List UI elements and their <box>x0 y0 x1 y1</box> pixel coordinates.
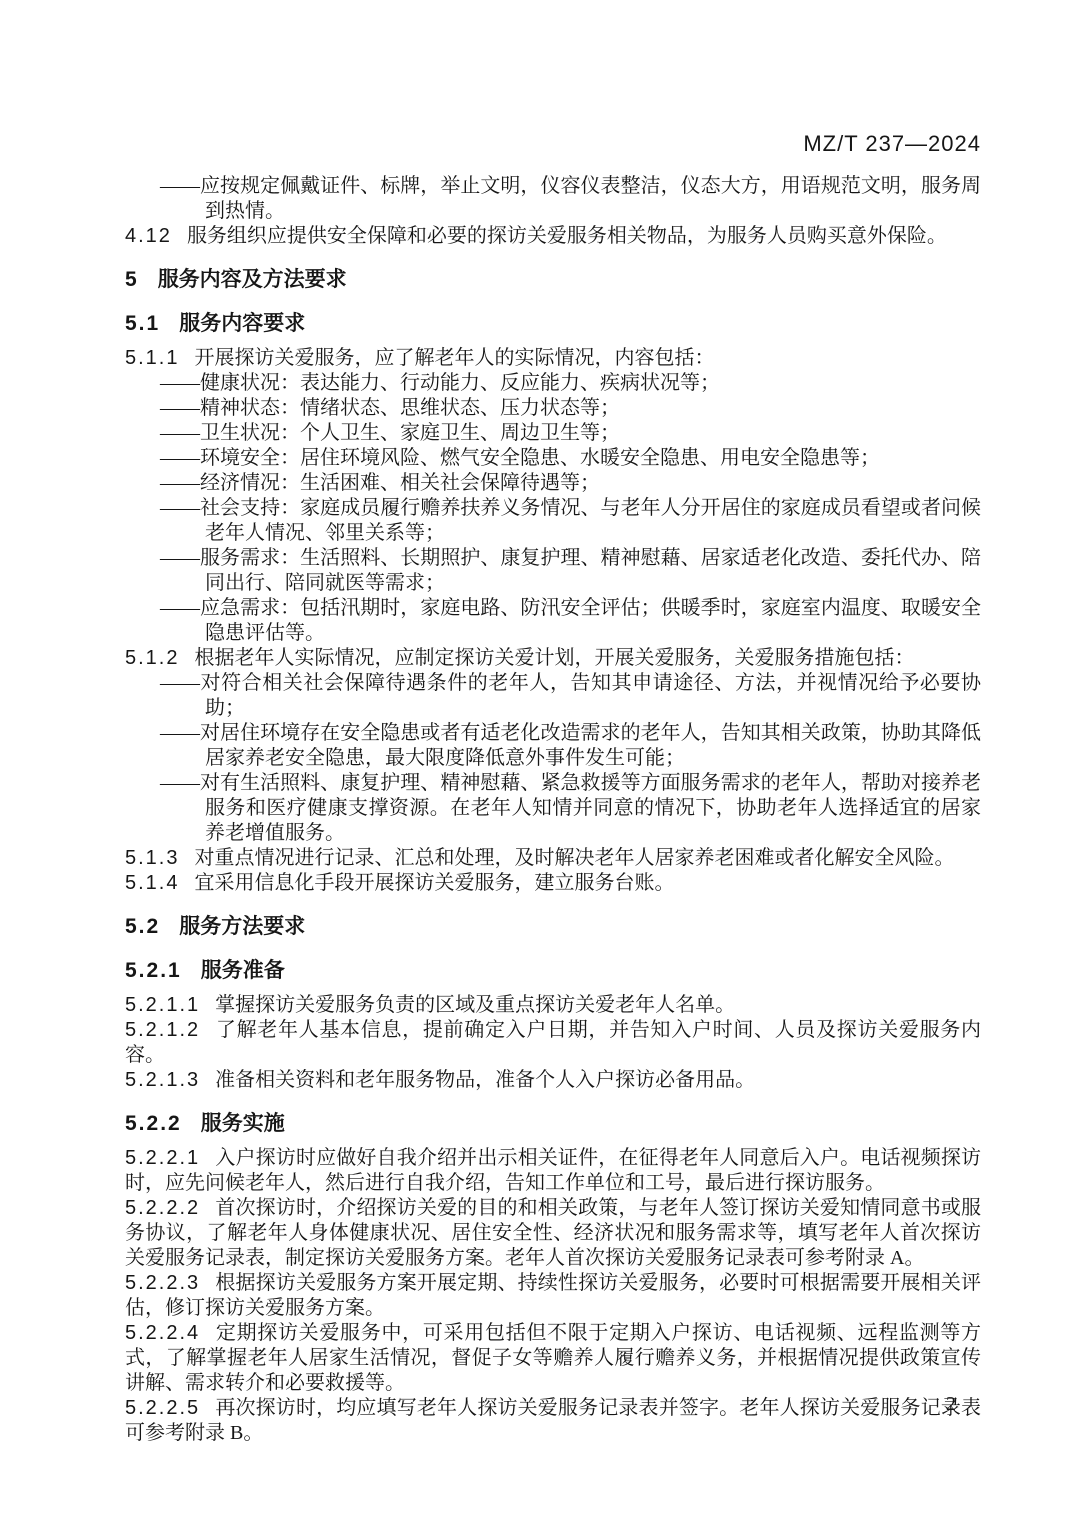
clause-text: 根据老年人实际情况，应制定探访关爱计划，开展关爱服务，关爱服务措施包括： <box>194 647 914 669</box>
section-title: 服务方法要求 <box>179 915 305 938</box>
clause-text: 掌握探访关爱服务负责的区域及重点探访关爱老年人名单。 <box>215 994 735 1016</box>
dash-item-care-resources: ——对有生活照料、康复护理、精神慰藉、紧急救援等方面服务需求的老年人，帮助对接养… <box>125 771 981 846</box>
clause-text: 了解老年人基本信息，提前确定入户日期，并告知入户时间、人员及探访关爱服务内容。 <box>125 1019 981 1066</box>
clause-text: 定期探访关爱服务中，可采用包括但不限于定期入户探访、电话视频、远程监测等方式，了… <box>125 1322 981 1394</box>
section-number: 5.2.1 <box>125 959 182 982</box>
clause-number: 5.2.1.3 <box>125 1069 200 1091</box>
section-heading-5-2-1: 5.2.1服务准备 <box>125 958 981 984</box>
section-title: 服务内容要求 <box>179 312 305 335</box>
section-number: 5 <box>125 268 139 291</box>
clause-text: 服务组织应提供安全保障和必要的探访关爱服务相关物品，为服务人员购买意外保险。 <box>187 225 947 247</box>
dash-item-hygiene: ——卫生状况：个人卫生、家庭卫生、周边卫生等； <box>125 421 981 446</box>
dash-item-social-support: ——社会支持：家庭成员履行赡养扶养义务情况、与老年人分开居住的家庭成员看望或者问… <box>125 496 981 546</box>
clause-text: 开展探访关爱服务，应了解老年人的实际情况，内容包括： <box>194 347 714 369</box>
clause-5-2-2-3: 5.2.2.3根据探访关爱服务方案开展定期、持续性探访关爱服务，必要时可根据需要… <box>125 1271 981 1321</box>
section-heading-5-2: 5.2服务方法要求 <box>125 914 981 940</box>
clause-text: 再次探访时，均应填写老年人探访关爱服务记录表并签字。老年人探访关爱服务记录表可参… <box>125 1397 981 1444</box>
dash-item-service-needs: ——服务需求：生活照料、长期照护、康复护理、精神慰藉、居家适老化改造、委托代办、… <box>125 546 981 596</box>
clause-number: 5.2.2.5 <box>125 1397 200 1419</box>
section-number: 5.2 <box>125 915 160 938</box>
section-number: 5.1 <box>125 312 160 335</box>
clause-number: 5.2.2.3 <box>125 1272 200 1294</box>
dash-item-safety-hazard: ——对居住环境存在安全隐患或者有适老化改造需求的老年人，告知其相关政策，协助其降… <box>125 721 981 771</box>
dash-item-text: ——对有生活照料、康复护理、精神慰藉、紧急救援等方面服务需求的老年人，帮助对接养… <box>160 772 981 844</box>
dash-item-text: ——社会支持：家庭成员履行赡养扶养义务情况、与老年人分开居住的家庭成员看望或者问… <box>160 497 981 544</box>
dash-item-emergency-needs: ——应急需求：包括汛期时，家庭电路、防汛安全评估；供暖季时，家庭室内温度、取暖安… <box>125 596 981 646</box>
clause-text: 准备相关资料和老年服务物品，准备个人入户探访必备用品。 <box>215 1069 755 1091</box>
section-title: 服务内容及方法要求 <box>158 268 347 291</box>
dash-item-text: ——对符合相关社会保障待遇条件的老年人，告知其申请途径、方法，并视情况给予必要协… <box>160 672 981 719</box>
dash-item-health: ——健康状况：表达能力、行动能力、反应能力、疾病状况等； <box>125 371 981 396</box>
dash-item-text: ——环境安全：居住环境风险、燃气安全隐患、水暖安全隐患、用电安全隐患等； <box>160 447 880 469</box>
clause-5-2-2-1: 5.2.2.1入户探访时应做好自我介绍并出示相关证件，在征得老年人同意后入户。电… <box>125 1146 981 1196</box>
dash-item-environment: ——环境安全：居住环境风险、燃气安全隐患、水暖安全隐患、用电安全隐患等； <box>125 446 981 471</box>
clause-number: 5.2.2.4 <box>125 1322 200 1344</box>
clause-number: 4.12 <box>125 225 172 247</box>
clause-text: 对重点情况进行记录、汇总和处理，及时解决老年人居家养老困难或者化解安全风险。 <box>194 847 954 869</box>
dash-item-text: ——应急需求：包括汛期时，家庭电路、防汛安全评估；供暖季时，家庭室内温度、取暖安… <box>160 597 981 644</box>
clause-text: 宜采用信息化手段开展探访关爱服务，建立服务台账。 <box>194 872 674 894</box>
clause-text: 入户探访时应做好自我介绍并出示相关证件，在征得老年人同意后入户。电话视频探访时，… <box>125 1147 981 1194</box>
dash-item-text: ——经济情况：生活困难、相关社会保障待遇等； <box>160 472 600 494</box>
clause-number: 5.1.2 <box>125 647 179 669</box>
clause-5-2-2-2: 5.2.2.2首次探访时，介绍探访关爱的目的和相关政策，与老年人签订探访关爱知情… <box>125 1196 981 1271</box>
clause-5-1-4: 5.1.4宜采用信息化手段开展探访关爱服务，建立服务台账。 <box>125 871 981 896</box>
clause-4-12: 4.12服务组织应提供安全保障和必要的探访关爱服务相关物品，为服务人员购买意外保… <box>125 224 981 249</box>
clause-5-1-3: 5.1.3对重点情况进行记录、汇总和处理，及时解决老年人居家养老困难或者化解安全… <box>125 846 981 871</box>
clause-5-1-2: 5.1.2根据老年人实际情况，应制定探访关爱计划，开展关爱服务，关爱服务措施包括… <box>125 646 981 671</box>
dash-item-mental: ——精神状态：情绪状态、思维状态、压力状态等； <box>125 396 981 421</box>
dash-item-text: ——对居住环境存在安全隐患或者有适老化改造需求的老年人，告知其相关政策，协助其降… <box>160 722 981 769</box>
clause-number: 5.1.1 <box>125 347 179 369</box>
dash-item-economic: ——经济情况：生活困难、相关社会保障待遇等； <box>125 471 981 496</box>
dash-item-text: ——服务需求：生活照料、长期照护、康复护理、精神慰藉、居家适老化改造、委托代办、… <box>160 547 981 594</box>
clause-5-2-2-5: 5.2.2.5再次探访时，均应填写老年人探访关爱服务记录表并签字。老年人探访关爱… <box>125 1396 981 1446</box>
clause-number: 5.2.1.2 <box>125 1019 200 1041</box>
section-title: 服务准备 <box>201 959 285 982</box>
clause-5-2-1-2: 5.2.1.2了解老年人基本信息，提前确定入户日期，并告知入户时间、人员及探访关… <box>125 1018 981 1068</box>
dash-item-text: ——健康状况：表达能力、行动能力、反应能力、疾病状况等； <box>160 372 720 394</box>
dash-item-welfare: ——对符合相关社会保障待遇条件的老年人，告知其申请途径、方法，并视情况给予必要协… <box>125 671 981 721</box>
dash-item-text: ——卫生状况：个人卫生、家庭卫生、周边卫生等； <box>160 422 620 444</box>
dash-item-text: ——精神状态：情绪状态、思维状态、压力状态等； <box>160 397 620 419</box>
clause-number: 5.1.3 <box>125 847 179 869</box>
clause-5-2-1-3: 5.2.1.3准备相关资料和老年服务物品，准备个人入户探访必备用品。 <box>125 1068 981 1093</box>
section-heading-5: 5服务内容及方法要求 <box>125 267 981 293</box>
page-number: 2 <box>946 1392 956 1416</box>
section-heading-5-2-2: 5.2.2服务实施 <box>125 1111 981 1137</box>
clause-5-2-1-1: 5.2.1.1掌握探访关爱服务负责的区域及重点探访关爱老年人名单。 <box>125 993 981 1018</box>
section-title: 服务实施 <box>201 1112 285 1135</box>
clause-5-1-1: 5.1.1开展探访关爱服务，应了解老年人的实际情况，内容包括： <box>125 346 981 371</box>
page-content: MZ/T 237—2024 ——应按规定佩戴证件、标牌，举止文明，仪容仪表整洁，… <box>125 131 981 1446</box>
clause-number: 5.2.2.1 <box>125 1147 200 1169</box>
section-heading-5-1: 5.1服务内容要求 <box>125 311 981 337</box>
dash-item-text: ——应按规定佩戴证件、标牌，举止文明，仪容仪表整洁，仪态大方，用语规范文明，服务… <box>160 175 981 222</box>
clause-text: 首次探访时，介绍探访关爱的目的和相关政策，与老年人签订探访关爱知情同意书或服务协… <box>125 1197 981 1269</box>
clause-number: 5.2.1.1 <box>125 994 200 1016</box>
clause-5-2-2-4: 5.2.2.4定期探访关爱服务中，可采用包括但不限于定期入户探访、电话视频、远程… <box>125 1321 981 1396</box>
clause-number: 5.1.4 <box>125 872 179 894</box>
document-page: { "header": { "doc_code": "MZ/T 237—2024… <box>0 0 1074 1520</box>
dash-item-conduct: ——应按规定佩戴证件、标牌，举止文明，仪容仪表整洁，仪态大方，用语规范文明，服务… <box>125 174 981 224</box>
section-number: 5.2.2 <box>125 1112 182 1135</box>
clause-text: 根据探访关爱服务方案开展定期、持续性探访关爱服务，必要时可根据需要开展相关评估，… <box>125 1272 981 1319</box>
clause-number: 5.2.2.2 <box>125 1197 200 1219</box>
document-code-header: MZ/T 237—2024 <box>125 131 981 157</box>
